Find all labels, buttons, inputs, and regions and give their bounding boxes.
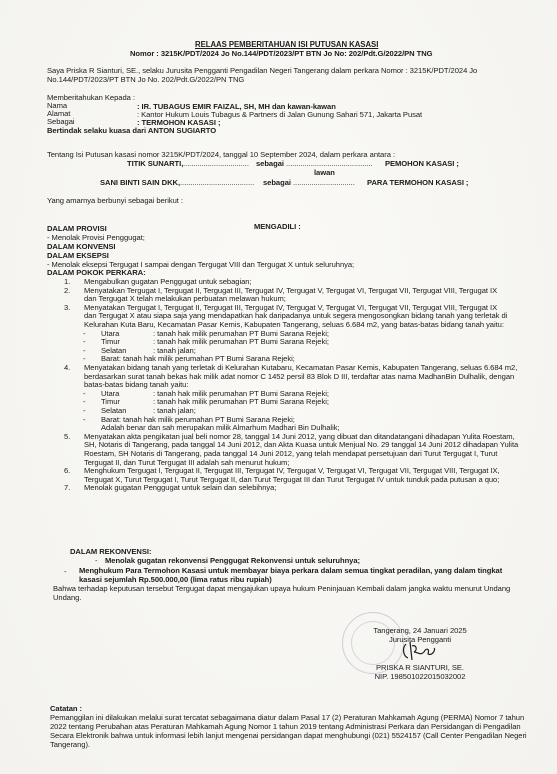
ruling-item-number: 7. (64, 483, 70, 492)
rekonvensi-heading: DALAM REKONVENSI: (70, 547, 151, 556)
case-about: Tentang Isi Putusan kasasi nomor 3215K/P… (47, 150, 395, 159)
signature-name: PRISKA R SIANTURI, SE. (370, 663, 470, 672)
handwritten-signature-icon (400, 638, 456, 662)
eksepsi-heading: DALAM EKSEPSI (47, 251, 109, 260)
party2-role: PARA TERMOHON KASASI ; (367, 178, 468, 187)
cost-line-2: kasasi sejumlah Rp.500.000,00 (lima ratu… (79, 575, 272, 584)
signature-nip: NIP. 198501022015032002 (370, 672, 470, 681)
field-label-sebagai: Sebagai (47, 117, 75, 126)
ruling-item-number: 5. (64, 432, 70, 441)
document-title: RELAAS PEMBERITAHUAN ISI PUTUSAN KASASI (195, 40, 378, 49)
party1-name: TITIK SUNARTI, (127, 159, 183, 168)
cost-line-1: Menghukum Para Termohon Kasasi untuk mem… (79, 566, 502, 575)
intro-line-1: Saya Priska R Sianturi, SE., selaku Juru… (47, 66, 477, 75)
boundary-item4-dash: - (83, 415, 85, 424)
remedy-line-1: Bahwa terhadap keputusan tersebut Tergug… (53, 584, 510, 593)
note-line-3: Secara Elektronik bahwa untuk informasi … (50, 731, 527, 740)
party1-dots2: ........................................… (286, 159, 373, 168)
party2-dots: .................................... (180, 178, 254, 187)
case-number: Nomor : 3215K/PDT/2024 Jo No.144/PDT/202… (130, 49, 433, 58)
mengadili-heading: MENGADILI : (254, 222, 301, 231)
remedy-line-2: Undang. (53, 593, 81, 602)
acting-for: Bertindak selaku kuasa dari ANTON SUGIAR… (47, 126, 216, 135)
document-page: RELAAS PEMBERITAHUAN ISI PUTUSAN KASASI … (0, 0, 557, 774)
rekonvensi-item: Menolak gugatan rekonvensi Penggugat Rek… (105, 556, 360, 565)
provisi-heading: DALAM PROVISI (47, 224, 107, 233)
provisi-item: - Menolak Provisi Penggugat; (47, 233, 145, 242)
konvensi-heading: DALAM KONVENSI (47, 242, 116, 251)
note-heading: Catatan : (50, 704, 82, 713)
note-line-1: Pemanggilan ini dilakukan melalui surat … (50, 713, 524, 722)
pokok-heading: DALAM POKOK PERKARA: (47, 268, 146, 277)
versus: lawan (314, 168, 335, 177)
amar-intro: Yang amarnya berbunyi sebagai berikut : (47, 196, 183, 205)
intro-line-2: No.144/PDT/2023/PT BTN Jo No. 202/Pdt.G/… (47, 75, 244, 84)
cost-dash: - (64, 567, 66, 576)
ruling-item-number: 4. (64, 363, 70, 372)
ruling-item-number: 2. (64, 286, 70, 295)
rekonvensi-dash: - (95, 556, 97, 565)
ruling-item-text: Menolak gugatan Penggugat untuk selain d… (84, 483, 276, 492)
signature-place-date: Tangerang, 24 Januari 2025 (370, 626, 470, 635)
note-line-2: 2022 tentang Perubahan atas Peraturan Ma… (50, 722, 521, 731)
party1-dots: ................................ (183, 159, 249, 168)
party2-as: sebagai (263, 178, 291, 187)
ruling-item-number: 6. (64, 466, 70, 475)
party1-as: sebagai (256, 159, 284, 168)
note-line-4: Tangerang). (50, 740, 90, 749)
ruling-item-number: 3. (64, 303, 70, 312)
party2-dots2: .............................. (293, 178, 355, 187)
party2-name: SANI BINTI SAIN DKK, (100, 178, 180, 187)
party1-role: PEMOHON KASASI ; (385, 159, 459, 168)
